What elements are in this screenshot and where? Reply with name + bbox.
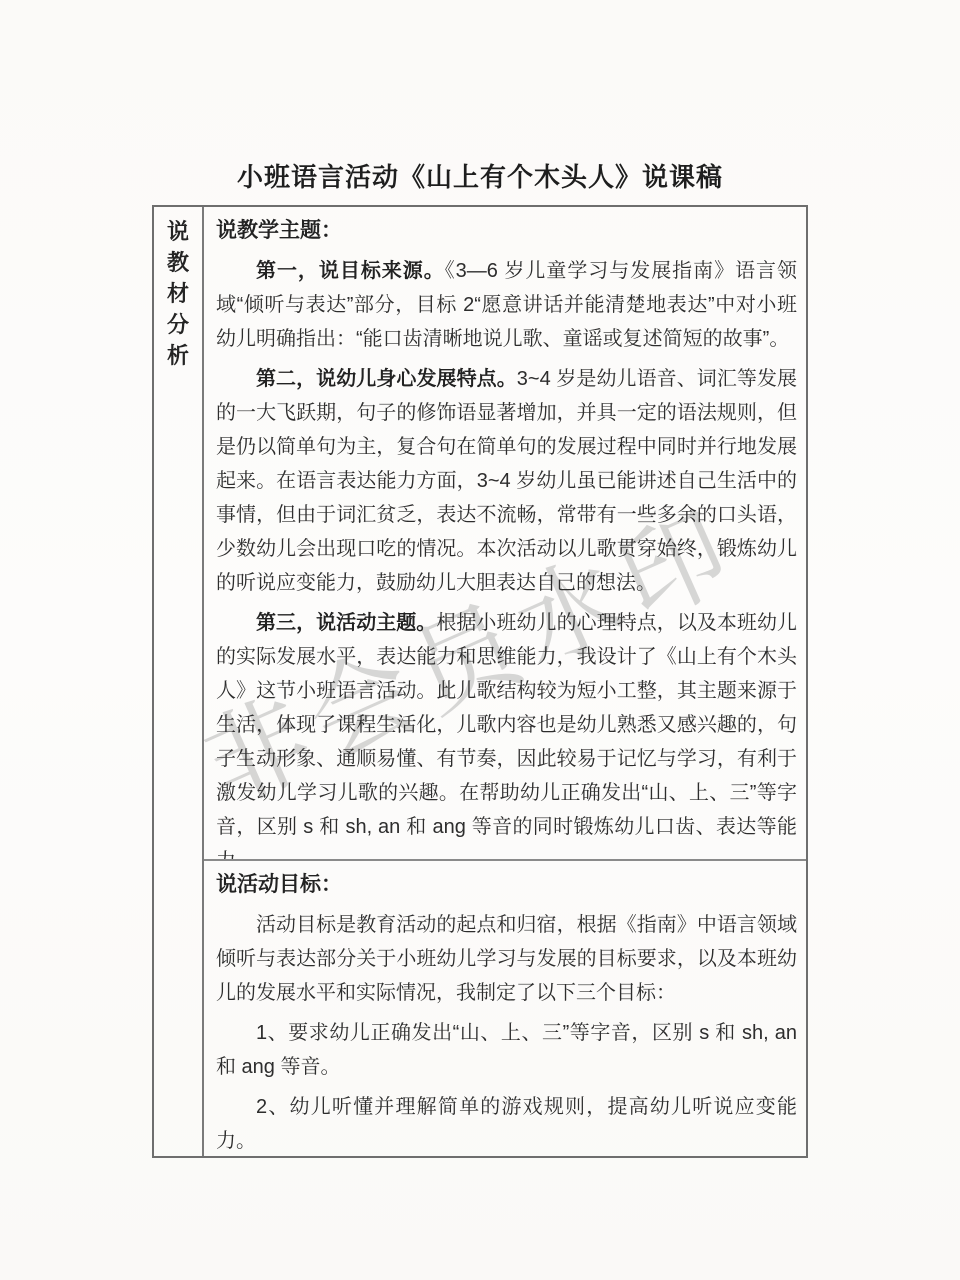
section-activity-goals: 说活动目标：活动目标是教育活动的起点和归宿，根据《指南》中语言领域倾听与表达部分… <box>204 861 806 1156</box>
paragraph: 1、要求幼儿正确发出“山、上、三”等字音，区别 s 和 sh, an 和 ang… <box>216 1016 797 1084</box>
section-heading-activity-goals: 说活动目标： <box>216 870 797 900</box>
document-title: 小班语言活动《山上有个木头人》说课稿 <box>0 157 960 194</box>
document-page: 非会员水印 小班语言活动《山上有个木头人》说课稿 说教材分析 说教学主题：第一，… <box>0 0 960 1280</box>
paragraph-lead: 第一，说目标来源。 <box>256 260 445 282</box>
paragraph-lead: 第三，说活动主题。 <box>256 612 436 634</box>
row-header-char: 析 <box>167 340 189 371</box>
row-header-column: 说教材分析 <box>154 207 204 1156</box>
section-teaching-theme: 说教学主题：第一，说目标来源。《3—6 岁儿童学习与发展指南》语言领域“倾听与表… <box>204 207 806 861</box>
paragraph: 2、幼儿听懂并理解简单的游戏规则，提高幼儿听说应变能力。 <box>216 1090 797 1156</box>
paragraph: 活动目标是教育活动的起点和归宿，根据《指南》中语言领域倾听与表达部分关于小班幼儿… <box>216 908 797 1010</box>
paragraph: 第二，说幼儿身心发展特点。3~4 岁是幼儿语音、词汇等发展的一大飞跃期，句子的修… <box>216 362 797 600</box>
row-header-char: 说 <box>167 216 189 247</box>
row-header-char: 教 <box>167 247 189 278</box>
section-heading-teaching-theme: 说教学主题： <box>216 216 797 246</box>
paragraph: 第三，说活动主题。根据小班幼儿的心理特点，以及本班幼儿的实际发展水平，表达能力和… <box>216 606 797 861</box>
paragraph-lead: 第二，说幼儿身心发展特点。 <box>256 368 517 390</box>
content-column: 说教学主题：第一，说目标来源。《3—6 岁儿童学习与发展指南》语言领域“倾听与表… <box>204 207 806 1156</box>
row-header-char: 分 <box>167 309 189 340</box>
lesson-plan-table: 说教材分析 说教学主题：第一，说目标来源。《3—6 岁儿童学习与发展指南》语言领… <box>152 205 808 1158</box>
row-header-char: 材 <box>167 278 189 309</box>
paragraph: 第一，说目标来源。《3—6 岁儿童学习与发展指南》语言领域“倾听与表达”部分，目… <box>216 254 797 356</box>
